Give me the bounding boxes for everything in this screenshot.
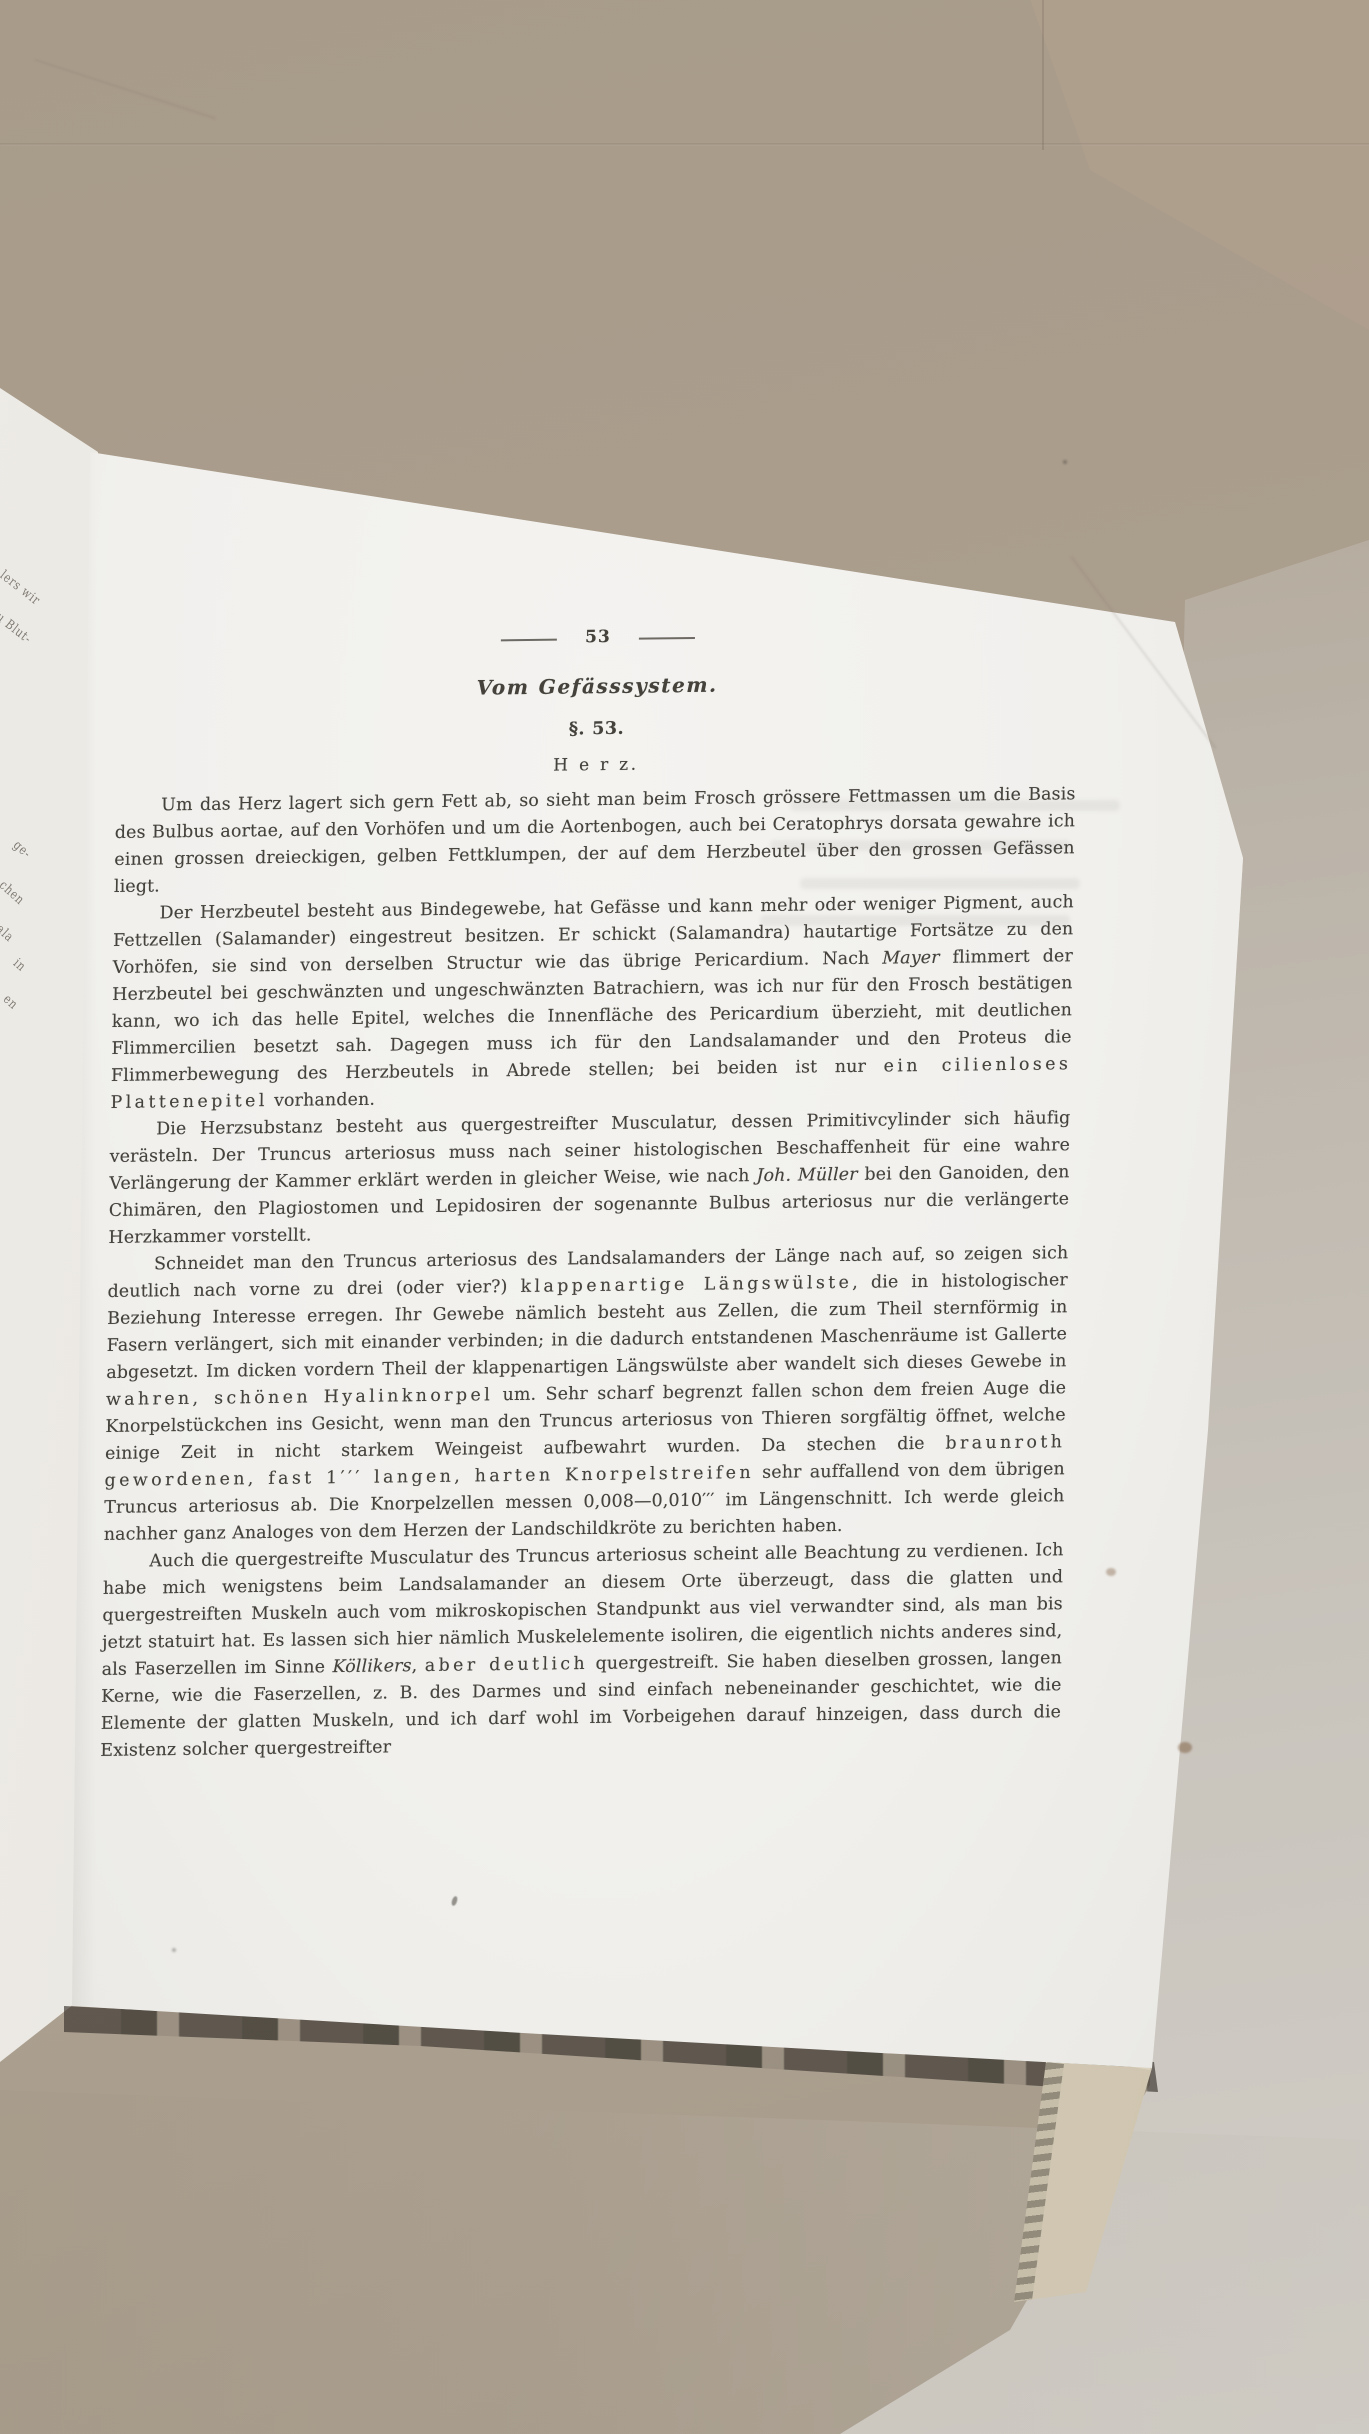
paragraph: Der Herzbeutel besteht aus Bindegewebe, … [110,889,1074,1117]
cardboard-seam [0,143,1369,146]
left-page-text-fragment: chen [0,878,27,908]
left-page-text-fragment: u Blut- [0,610,34,647]
left-page-text-fragment: in [10,956,29,975]
dust-speck [172,1948,176,1952]
chapter-heading: H e r z. [116,746,1077,785]
left-page-text-fragment: lers wir [0,568,43,609]
photo-of-book-page: lers wiru Blut-ge-chenalainen 53 Vom Gef… [0,0,1369,2434]
foxing-spot [1178,1742,1192,1753]
paragraphs: Um das Herz lagert sich gern Fett ab, so… [100,781,1076,1765]
cardboard-edge [1042,0,1044,150]
page-number-rule [639,637,695,639]
paragraph: Um das Herz lagert sich gern Fett ab, so… [114,781,1076,901]
section-mark: §. 53. [116,710,1077,749]
page-number: 53 [585,624,611,651]
paragraph: Die Herzsubstanz besteht aus quergestrei… [108,1105,1070,1252]
paragraph: Auch die quergestreifte Musculatur des T… [100,1537,1064,1765]
left-page-text-fragment: en [0,992,21,1013]
section-title: Vom Gefässsystem. [117,667,1078,706]
paragraph: Schneidet man den Truncus arteriosus des… [104,1240,1069,1549]
ink-speck [1063,460,1067,464]
left-page-text-fragment: ala [0,922,16,945]
foxing-spot [1106,1568,1116,1576]
page-number-rule [501,639,557,641]
printed-text-block: 53 Vom Gefässsystem. §. 53. H e r z. Um … [100,618,1078,1765]
left-page-text-fragment: ge- [10,838,34,862]
